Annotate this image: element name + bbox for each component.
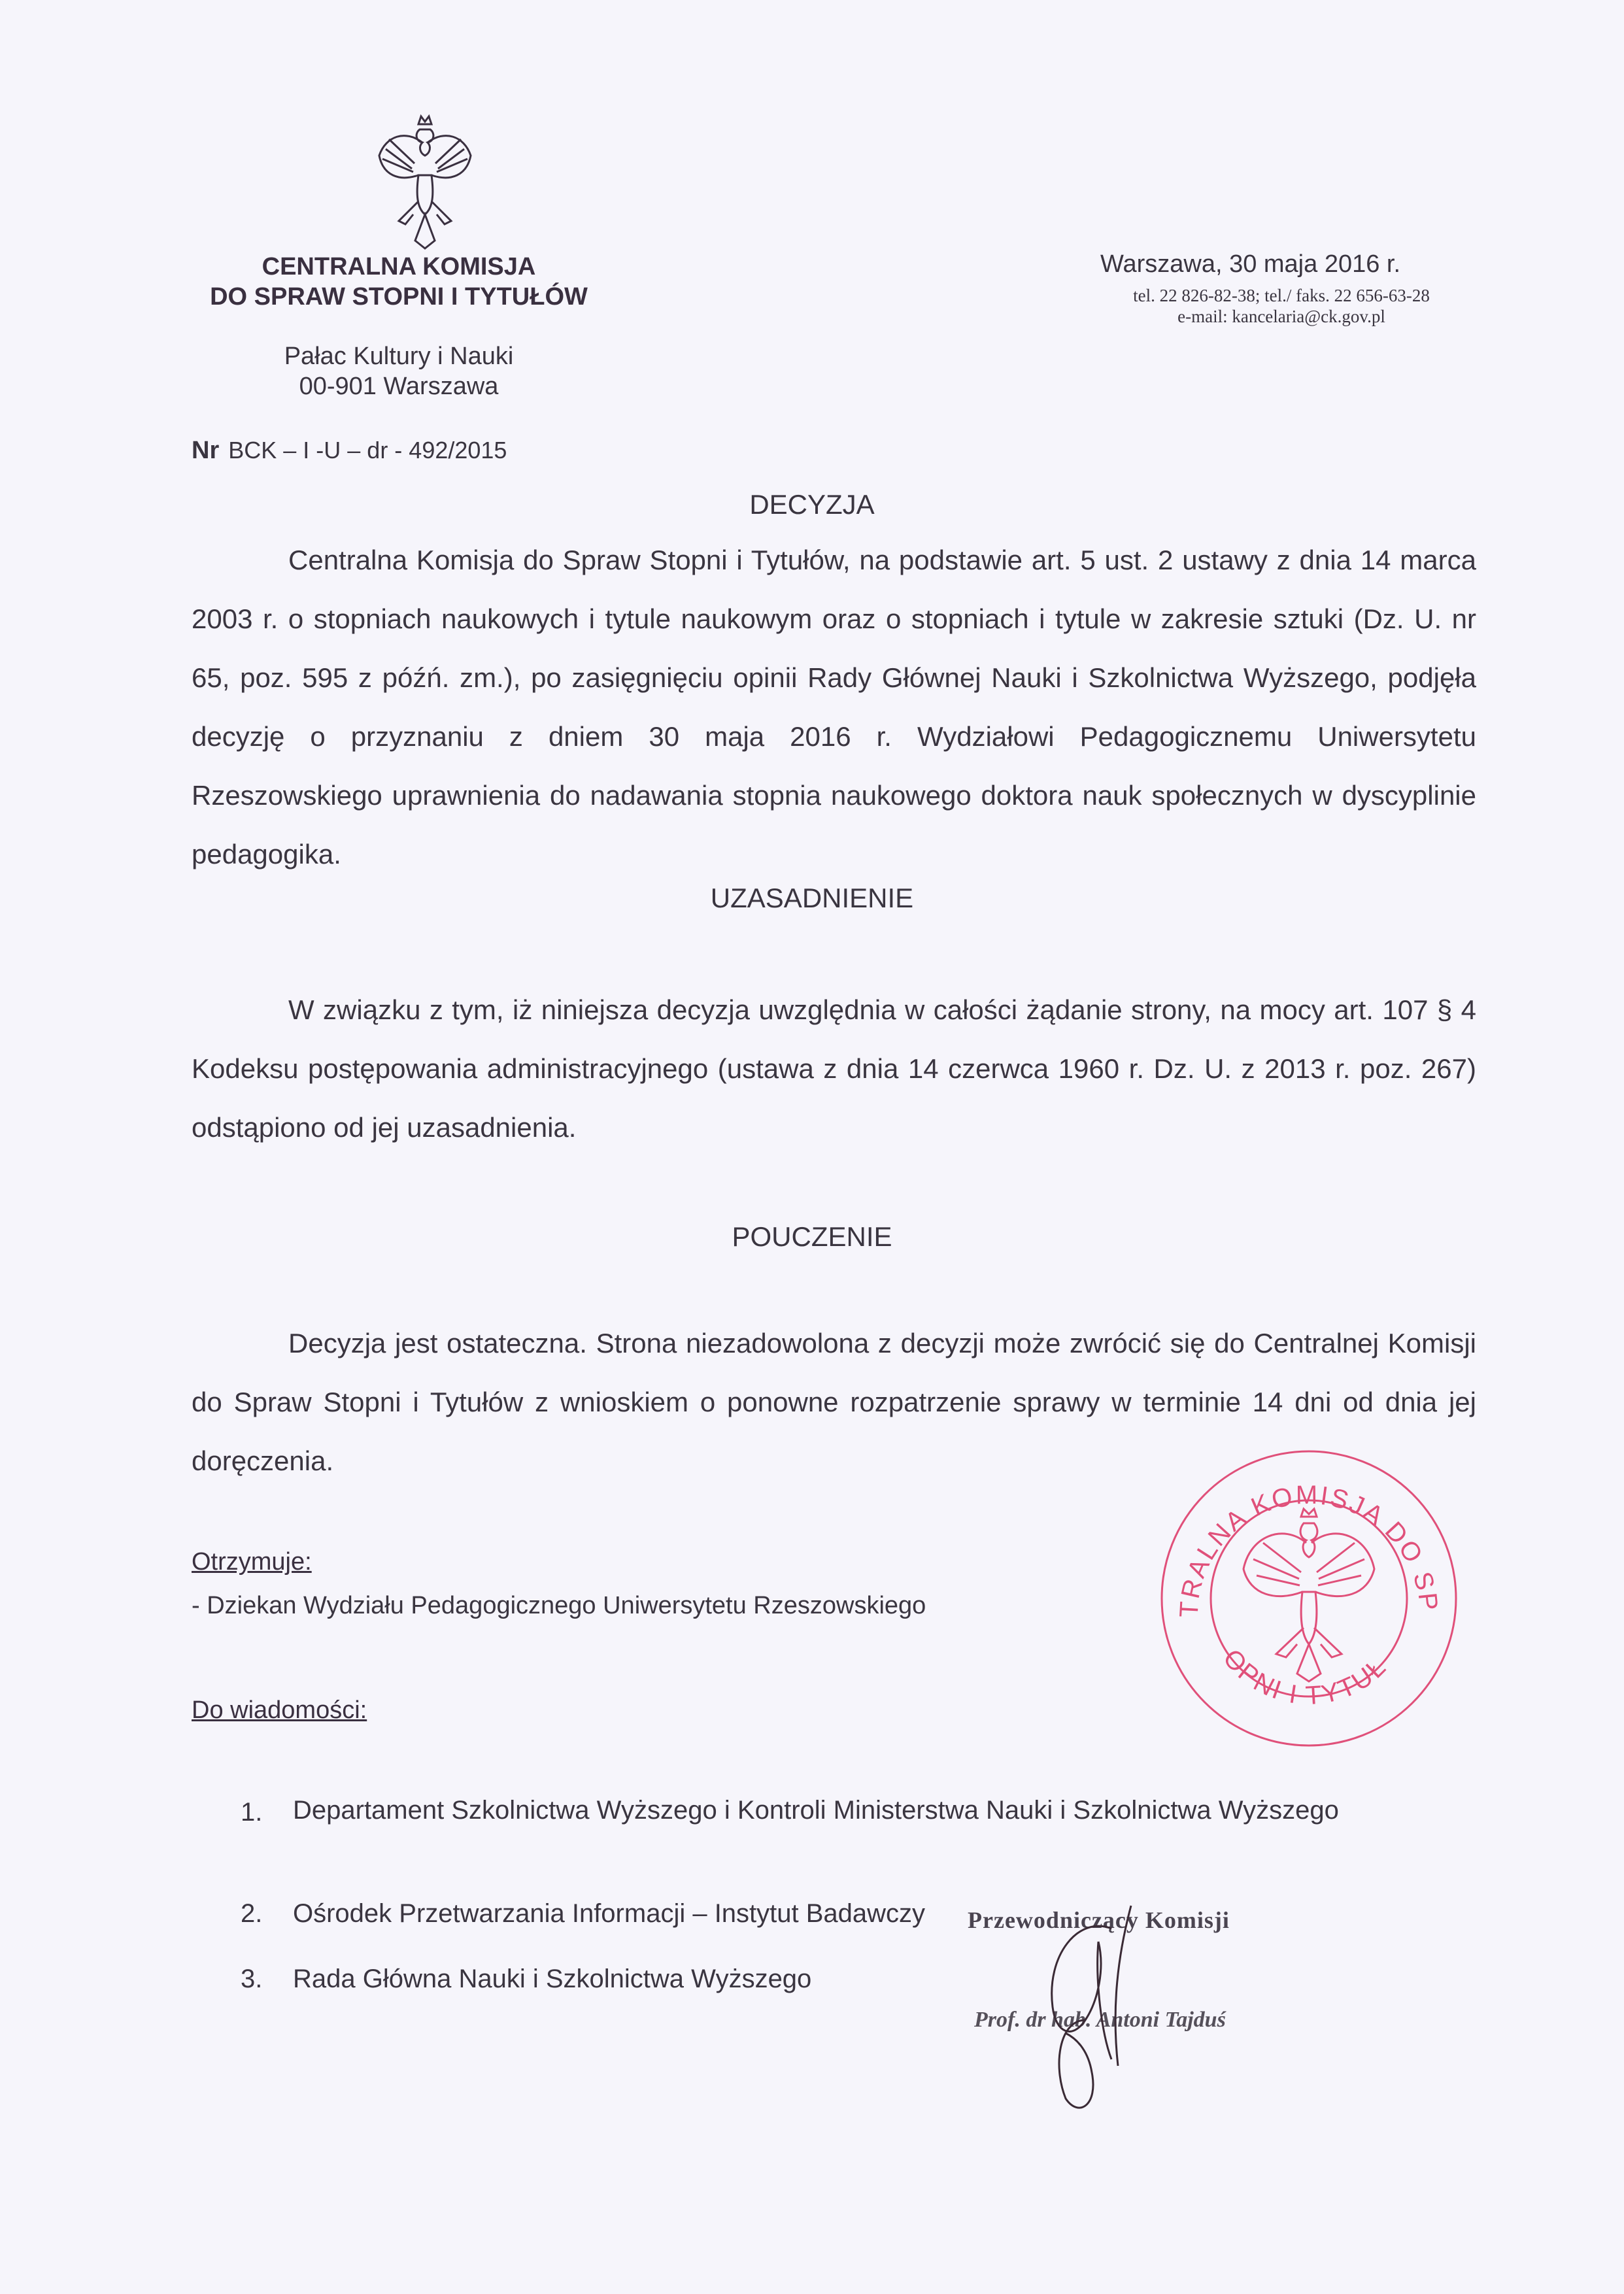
decision-body: Centralna Komisja do Spraw Stopni i Tytu… [192, 545, 1476, 869]
organization-name: CENTRALNA KOMISJA DO SPRAW STOPNI I TYTU… [163, 252, 634, 312]
for-information-label: Do wiadomości: [192, 1696, 367, 1725]
eagle-emblem-icon [366, 110, 484, 250]
recipient-item: - Dziekan Wydziału Pedagogicznego Uniwer… [192, 1592, 926, 1620]
organization-name-line2: DO SPRAW STOPNI I TYTUŁÓW [163, 282, 634, 312]
instruction-title: POUCZENIE [0, 1221, 1624, 1253]
decision-text: Centralna Komisja do Spraw Stopni i Tytu… [192, 531, 1476, 884]
contact-info: tel. 22 826-82-38; tel./ faks. 22 656-63… [1072, 285, 1491, 327]
organization-address: Pałac Kultury i Nauki 00-901 Warszawa [163, 341, 634, 401]
address-line2: 00-901 Warszawa [163, 371, 634, 401]
justification-body: W związku z tym, iż niniejsza decyzja uw… [192, 994, 1476, 1143]
reference-value: BCK – I -U – dr - 492/2015 [228, 437, 507, 464]
decision-document: CENTRALNA KOMISJA DO SPRAW STOPNI I TYTU… [0, 0, 1624, 2294]
place-date: Warszawa, 30 maja 2016 r. [1100, 250, 1400, 278]
organization-name-line1: CENTRALNA KOMISJA [163, 252, 634, 282]
email-line: e-mail: kancelaria@ck.gov.pl [1072, 306, 1491, 327]
official-stamp-icon: CENTRALNA KOMISJA DO SPRAW STOPNI I TYTU… [1152, 1445, 1466, 1752]
justification-title: UZASADNIENIE [0, 883, 1624, 914]
svg-text:CENTRALNA KOMISJA DO SPRAW: CENTRALNA KOMISJA DO SPRAW [1152, 1445, 1443, 1618]
handwritten-signature-icon [1020, 1902, 1151, 2118]
justification-text: W związku z tym, iż niniejsza decyzja uw… [192, 981, 1476, 1157]
phone-line: tel. 22 826-82-38; tel./ faks. 22 656-63… [1072, 285, 1491, 306]
recipients-label: Otrzymuje: [192, 1548, 312, 1576]
reference-number: NrBCK – I -U – dr - 492/2015 [192, 437, 507, 465]
address-line1: Pałac Kultury i Nauki [163, 341, 634, 371]
decision-title: DECYZJA [0, 489, 1624, 520]
reference-label: Nr [192, 437, 219, 464]
